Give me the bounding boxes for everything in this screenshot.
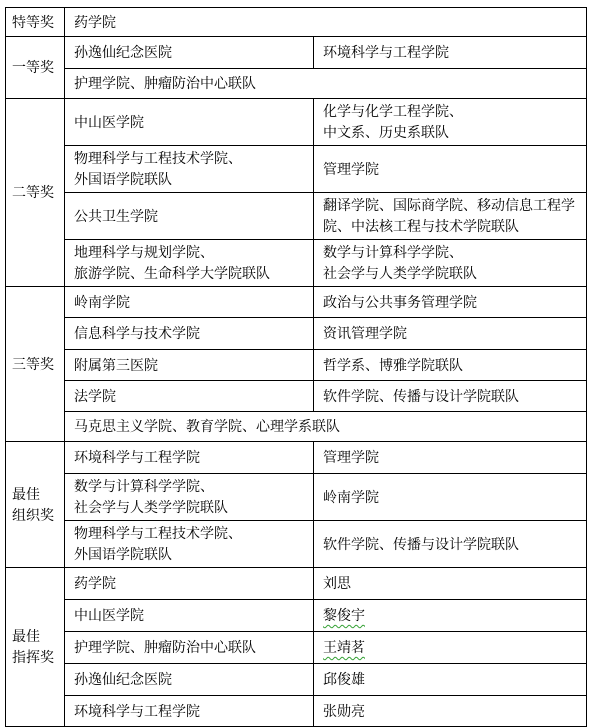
winner-cell: 马克思主义学院、教育学院、心理学系联队 (65, 412, 587, 442)
winner-cell: 数学与计算科学学院、 社会学与人类学学院联队 (314, 240, 587, 287)
winner-cell: 药学院 (65, 568, 314, 600)
winner-cell: 物理科学与工程技术学院、 外国语学院联队 (65, 146, 314, 193)
conductor-name: 黎俊宇 (314, 600, 587, 632)
winner-cell: 药学院 (65, 8, 587, 37)
table-row: 最佳 组织奖 环境科学与工程学院 管理学院 (6, 442, 587, 474)
winner-cell: 地理科学与规划学院、 旅游学院、生命科学大学院联队 (65, 240, 314, 287)
table-row: 环境科学与工程学院 张勋亮 (6, 696, 587, 727)
winner-cell: 公共卫生学院 (65, 193, 314, 240)
table-row: 护理学院、肿瘤防治中心联队 王靖茗 (6, 632, 587, 664)
winner-cell: 中山医学院 (65, 99, 314, 146)
winner-cell: 环境科学与工程学院 (314, 37, 587, 69)
winner-cell: 哲学系、博雅学院联队 (314, 350, 587, 381)
winner-cell: 岭南学院 (314, 474, 587, 521)
table-row: 特等奖 药学院 (6, 8, 587, 37)
winner-cell: 岭南学院 (65, 287, 314, 318)
award-label-best-organization: 最佳 组织奖 (6, 442, 65, 568)
winner-cell: 孙逸仙纪念医院 (65, 37, 314, 69)
winner-cell: 物理科学与工程技术学院、 外国语学院联队 (65, 521, 314, 568)
table-row: 地理科学与规划学院、 旅游学院、生命科学大学院联队 数学与计算科学学院、 社会学… (6, 240, 587, 287)
table-row: 物理科学与工程技术学院、 外国语学院联队 软件学院、传播与设计学院联队 (6, 521, 587, 568)
table-row: 最佳 指挥奖 药学院 刘思 (6, 568, 587, 600)
table-row: 公共卫生学院 翻译学院、国际商学院、移动信息工程学 院、中法核工程与技术学院联队 (6, 193, 587, 240)
award-label-special-prize: 特等奖 (6, 8, 65, 37)
winner-cell: 环境科学与工程学院 (65, 696, 314, 727)
winner-cell: 资讯管理学院 (314, 318, 587, 350)
winner-cell: 附属第三医院 (65, 350, 314, 381)
winner-cell: 软件学院、传播与设计学院联队 (314, 381, 587, 412)
award-label-second-prize: 二等奖 (6, 99, 65, 287)
award-label-first-prize: 一等奖 (6, 37, 65, 99)
table-row: 马克思主义学院、教育学院、心理学系联队 (6, 412, 587, 442)
winner-cell: 管理学院 (314, 442, 587, 474)
table-row: 法学院 软件学院、传播与设计学院联队 (6, 381, 587, 412)
table-row: 中山医学院 黎俊宇 (6, 600, 587, 632)
winner-cell: 数学与计算科学学院、 社会学与人类学学院联队 (65, 474, 314, 521)
conductor-name: 王靖茗 (314, 632, 587, 664)
winner-cell: 环境科学与工程学院 (65, 442, 314, 474)
award-label-third-prize: 三等奖 (6, 287, 65, 442)
table-row: 一等奖 孙逸仙纪念医院 环境科学与工程学院 (6, 37, 587, 69)
winner-cell: 护理学院、肿瘤防治中心联队 (65, 632, 314, 664)
winner-cell: 孙逸仙纪念医院 (65, 664, 314, 696)
document-page: 特等奖 药学院 一等奖 孙逸仙纪念医院 环境科学与工程学院 护理学院、肿瘤防治中… (0, 0, 590, 715)
table-row: 三等奖 岭南学院 政治与公共事务管理学院 (6, 287, 587, 318)
table-row: 附属第三医院 哲学系、博雅学院联队 (6, 350, 587, 381)
conductor-name: 邱俊雄 (314, 664, 587, 696)
winner-cell: 翻译学院、国际商学院、移动信息工程学 院、中法核工程与技术学院联队 (314, 193, 587, 240)
winner-cell: 中山医学院 (65, 600, 314, 632)
table-row: 二等奖 中山医学院 化学与化学工程学院、 中文系、历史系联队 (6, 99, 587, 146)
winner-cell: 政治与公共事务管理学院 (314, 287, 587, 318)
winner-cell: 法学院 (65, 381, 314, 412)
table-row: 信息科学与技术学院 资讯管理学院 (6, 318, 587, 350)
winner-cell: 化学与化学工程学院、 中文系、历史系联队 (314, 99, 587, 146)
table-row: 数学与计算科学学院、 社会学与人类学学院联队 岭南学院 (6, 474, 587, 521)
table-row: 孙逸仙纪念医院 邱俊雄 (6, 664, 587, 696)
winner-cell: 信息科学与技术学院 (65, 318, 314, 350)
table-row: 护理学院、肿瘤防治中心联队 (6, 69, 587, 99)
table-row: 物理科学与工程技术学院、 外国语学院联队 管理学院 (6, 146, 587, 193)
winner-cell: 软件学院、传播与设计学院联队 (314, 521, 587, 568)
conductor-name: 刘思 (314, 568, 587, 600)
conductor-name: 张勋亮 (314, 696, 587, 727)
winner-cell: 管理学院 (314, 146, 587, 193)
winner-cell: 护理学院、肿瘤防治中心联队 (65, 69, 587, 99)
award-label-best-conductor: 最佳 指挥奖 (6, 568, 65, 727)
awards-table: 特等奖 药学院 一等奖 孙逸仙纪念医院 环境科学与工程学院 护理学院、肿瘤防治中… (5, 7, 587, 727)
